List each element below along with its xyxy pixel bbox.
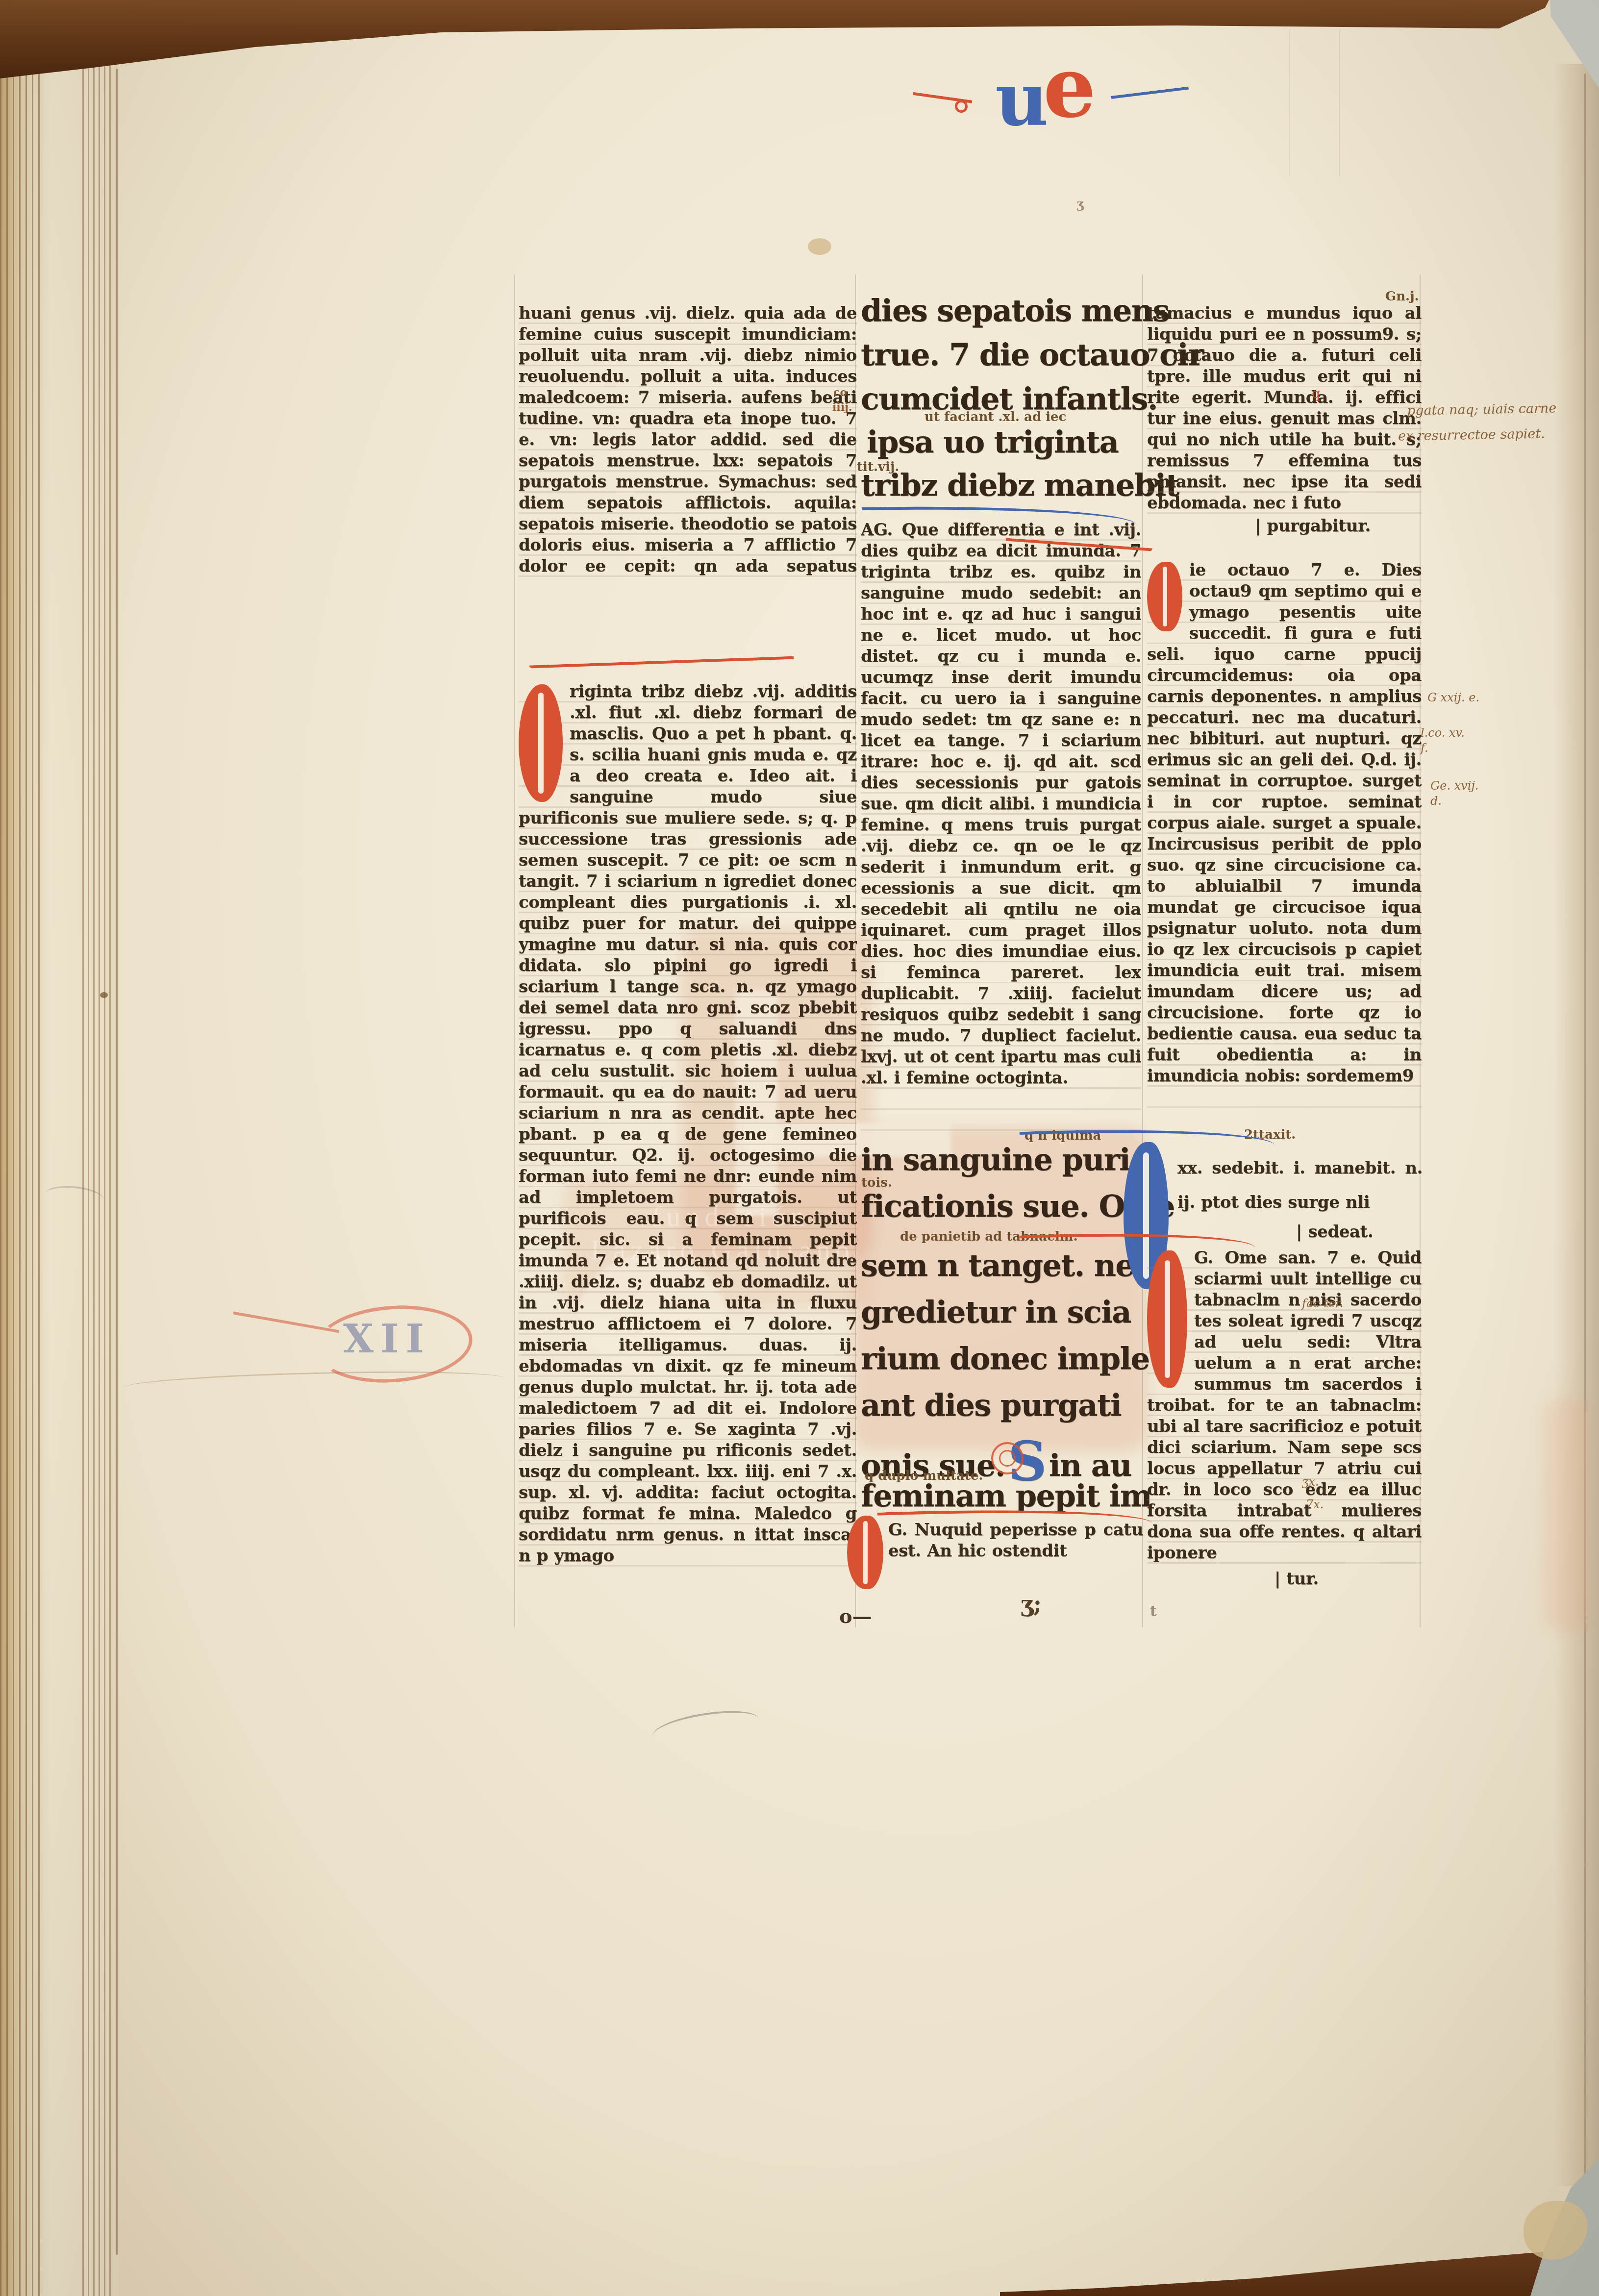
running-title-letter-u: u — [995, 63, 1049, 136]
under-page-edge — [1584, 74, 1586, 2176]
initial-S-blue: S — [1008, 1439, 1046, 1483]
margin-tick: co — [833, 385, 847, 400]
initial-D-blob — [1147, 562, 1182, 631]
leaf-edge-line — [116, 69, 118, 2255]
column-end-mark: o— — [839, 1607, 872, 1626]
gloss-column-middle-AG: AG. Que differentia e int .vij. dies qui… — [861, 520, 1141, 1131]
initial-S-filigree — [999, 1450, 1016, 1467]
gloss-column-right-paragraph-2-text: ie octauo 7 e. Dies octau9 qm septimo qu… — [1147, 560, 1422, 1086]
initial-A — [1147, 1248, 1194, 1390]
gloss-column-right-paragraph-1: tumacius e mundus iquo al liquidu puri e… — [1147, 303, 1422, 515]
page-edge-stripes — [82, 59, 114, 2296]
margin-tick: iiij. — [832, 400, 852, 415]
gloss-column-left-paragraph-2-text: riginta tribz diebz .vij. additis .xl. f… — [519, 682, 857, 1566]
ink-offset-stain — [1544, 1397, 1593, 1632]
lection-line: tribz diebz manebit — [861, 469, 1179, 502]
inserted-line: | tur. — [1274, 1569, 1382, 1592]
margin-mark: 7x. — [1306, 1497, 1324, 1512]
margin-note: ex resurrectoe sapiet. — [1398, 426, 1545, 444]
margin-mark-red: q — [1312, 386, 1320, 401]
ruling-line — [1289, 29, 1290, 176]
paper-spot — [100, 992, 108, 998]
quire-mark: ʒ — [1076, 197, 1084, 212]
initial-T-blob — [519, 684, 563, 802]
running-title-dot — [955, 100, 968, 113]
parchment-crease — [123, 1368, 505, 1398]
gloss-column-right-paragraph-2: ie octauo 7 e. Dies octau9 qm septimo qu… — [1147, 560, 1422, 1109]
lection-line: ipsa uo triginta — [867, 425, 1118, 459]
lection-line: dies sepatois mens — [861, 294, 1169, 327]
binding-bottom-edge — [0, 2237, 1599, 2296]
initial-T — [519, 681, 570, 804]
margin-citation: l.co. xv. f. — [1421, 725, 1474, 756]
ruling-line — [514, 275, 515, 1627]
ruling-line — [1339, 29, 1340, 176]
initial-A-blob — [847, 1516, 883, 1589]
manuscript-photo: fundación Lázaro Galdiano u e ʒ XII huan… — [0, 0, 1599, 2296]
lection-line: gredietur in scia — [861, 1296, 1131, 1329]
inserted-line: | sedeat. — [1296, 1222, 1419, 1245]
margin-citation: Ge. xvij. d. — [1430, 778, 1489, 809]
citation-mark: Gn.j. — [1385, 289, 1419, 304]
gloss-column-middle-AG2: G. Nuquid peperisse p catu est. An hic o… — [888, 1520, 1143, 1583]
column-end-mark: ʒ; — [1021, 1594, 1042, 1614]
page-edge-stripes — [0, 59, 42, 2296]
interlinear-gloss: ut faciant .xl. ad iec — [924, 410, 1066, 424]
paper-spot — [808, 238, 831, 255]
gloss-column-right-paragraph-3: xx. sedebit. i. manebit. n. ij. ptot die… — [1177, 1151, 1423, 1224]
lection-line: rium donec imple — [861, 1342, 1149, 1375]
chapter-number-tail — [229, 1311, 340, 1352]
margin-citation: fac ter. — [1302, 1296, 1344, 1311]
gloss-column-right-paragraph-4: G. Ome san. 7 e. Quid sciarmi uult intel… — [1147, 1248, 1422, 1571]
inserted-line: | purgabitur. — [1255, 516, 1422, 539]
lection-line: feminam pepit im — [861, 1479, 1151, 1513]
gloss-column-left-paragraph-2: riginta tribz diebz .vij. additis .xl. f… — [519, 681, 857, 1572]
running-title-flourish-right — [1111, 86, 1192, 120]
lection-line: sem n tanget. nec i — [861, 1249, 1173, 1282]
initial-D — [1147, 560, 1189, 633]
lection-line: ant dies purgati — [861, 1389, 1121, 1422]
gloss-column-left-paragraph-1: huani genus .vij. dielz. quia ada de fem… — [519, 303, 857, 577]
margin-citation: G xxij. e. — [1427, 690, 1479, 705]
binding-top-edge — [0, 0, 1599, 83]
running-title-letter-e: e — [1043, 51, 1096, 125]
margin-mark: ʒx. — [1302, 1474, 1319, 1490]
pencil-scribble — [650, 1705, 762, 1750]
margin-note: pgata naq; uiais carne — [1407, 400, 1557, 418]
book-gutter-page-edges — [0, 59, 119, 2296]
page-curve-shading — [1554, 64, 1599, 2186]
initial-A-blob — [1147, 1250, 1187, 1388]
column-end-mark: t — [1150, 1602, 1157, 1622]
